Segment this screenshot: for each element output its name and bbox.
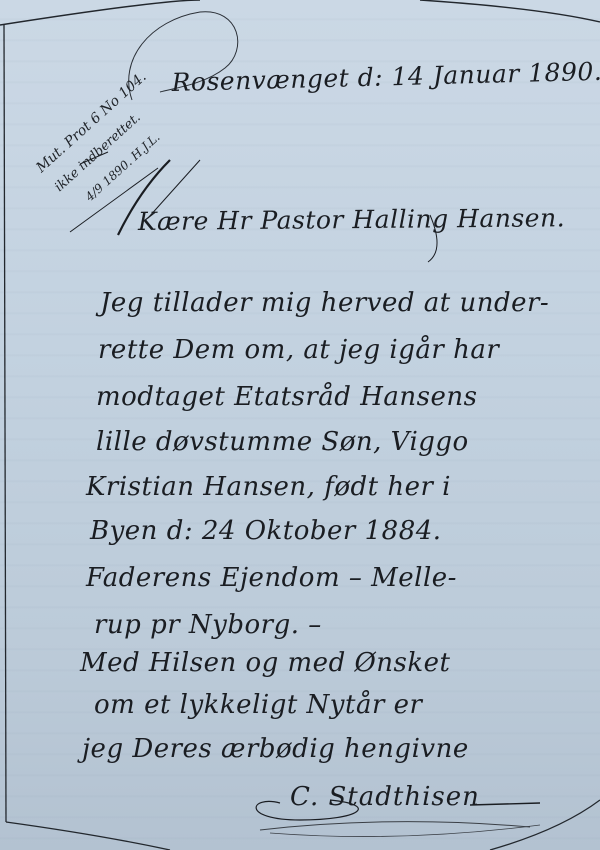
salutation: Kære Hr Pastor Halling Hansen. [138,203,565,236]
body-line-1: Jeg tillader mig herved at under- [100,288,549,318]
body-line-7: Faderens Ejendom – Melle- [86,563,457,593]
signature: C. Stadthisen [290,782,480,812]
body-line-8: rup pr Nyborg. – [94,610,322,640]
body-line-3: modtaget Etatsråd Hansens [96,382,477,412]
body-line-4: lille døvstumme Søn, Viggo [96,427,469,457]
body-line-11: jeg Deres ærbødig hengivne [82,734,469,764]
body-line-9: Med Hilsen og med Ønsket [80,648,450,678]
body-line-5: Kristian Hansen, født her i [86,472,451,502]
body-line-10: om et lykkeligt Nytår er [94,690,422,720]
margin-note-line-3: 4/9 1890. H.J.L. [83,130,163,204]
body-line-6: Byen d: 24 Oktober 1884. [90,516,442,546]
place-date: Rosenvænget d: 14 Januar 1890. [171,57,600,97]
body-line-2: rette Dem om, at jeg igår har [98,335,499,365]
letter-page: Mut. Prot 6 No 104. ikke indberettet. 4/… [0,0,600,850]
